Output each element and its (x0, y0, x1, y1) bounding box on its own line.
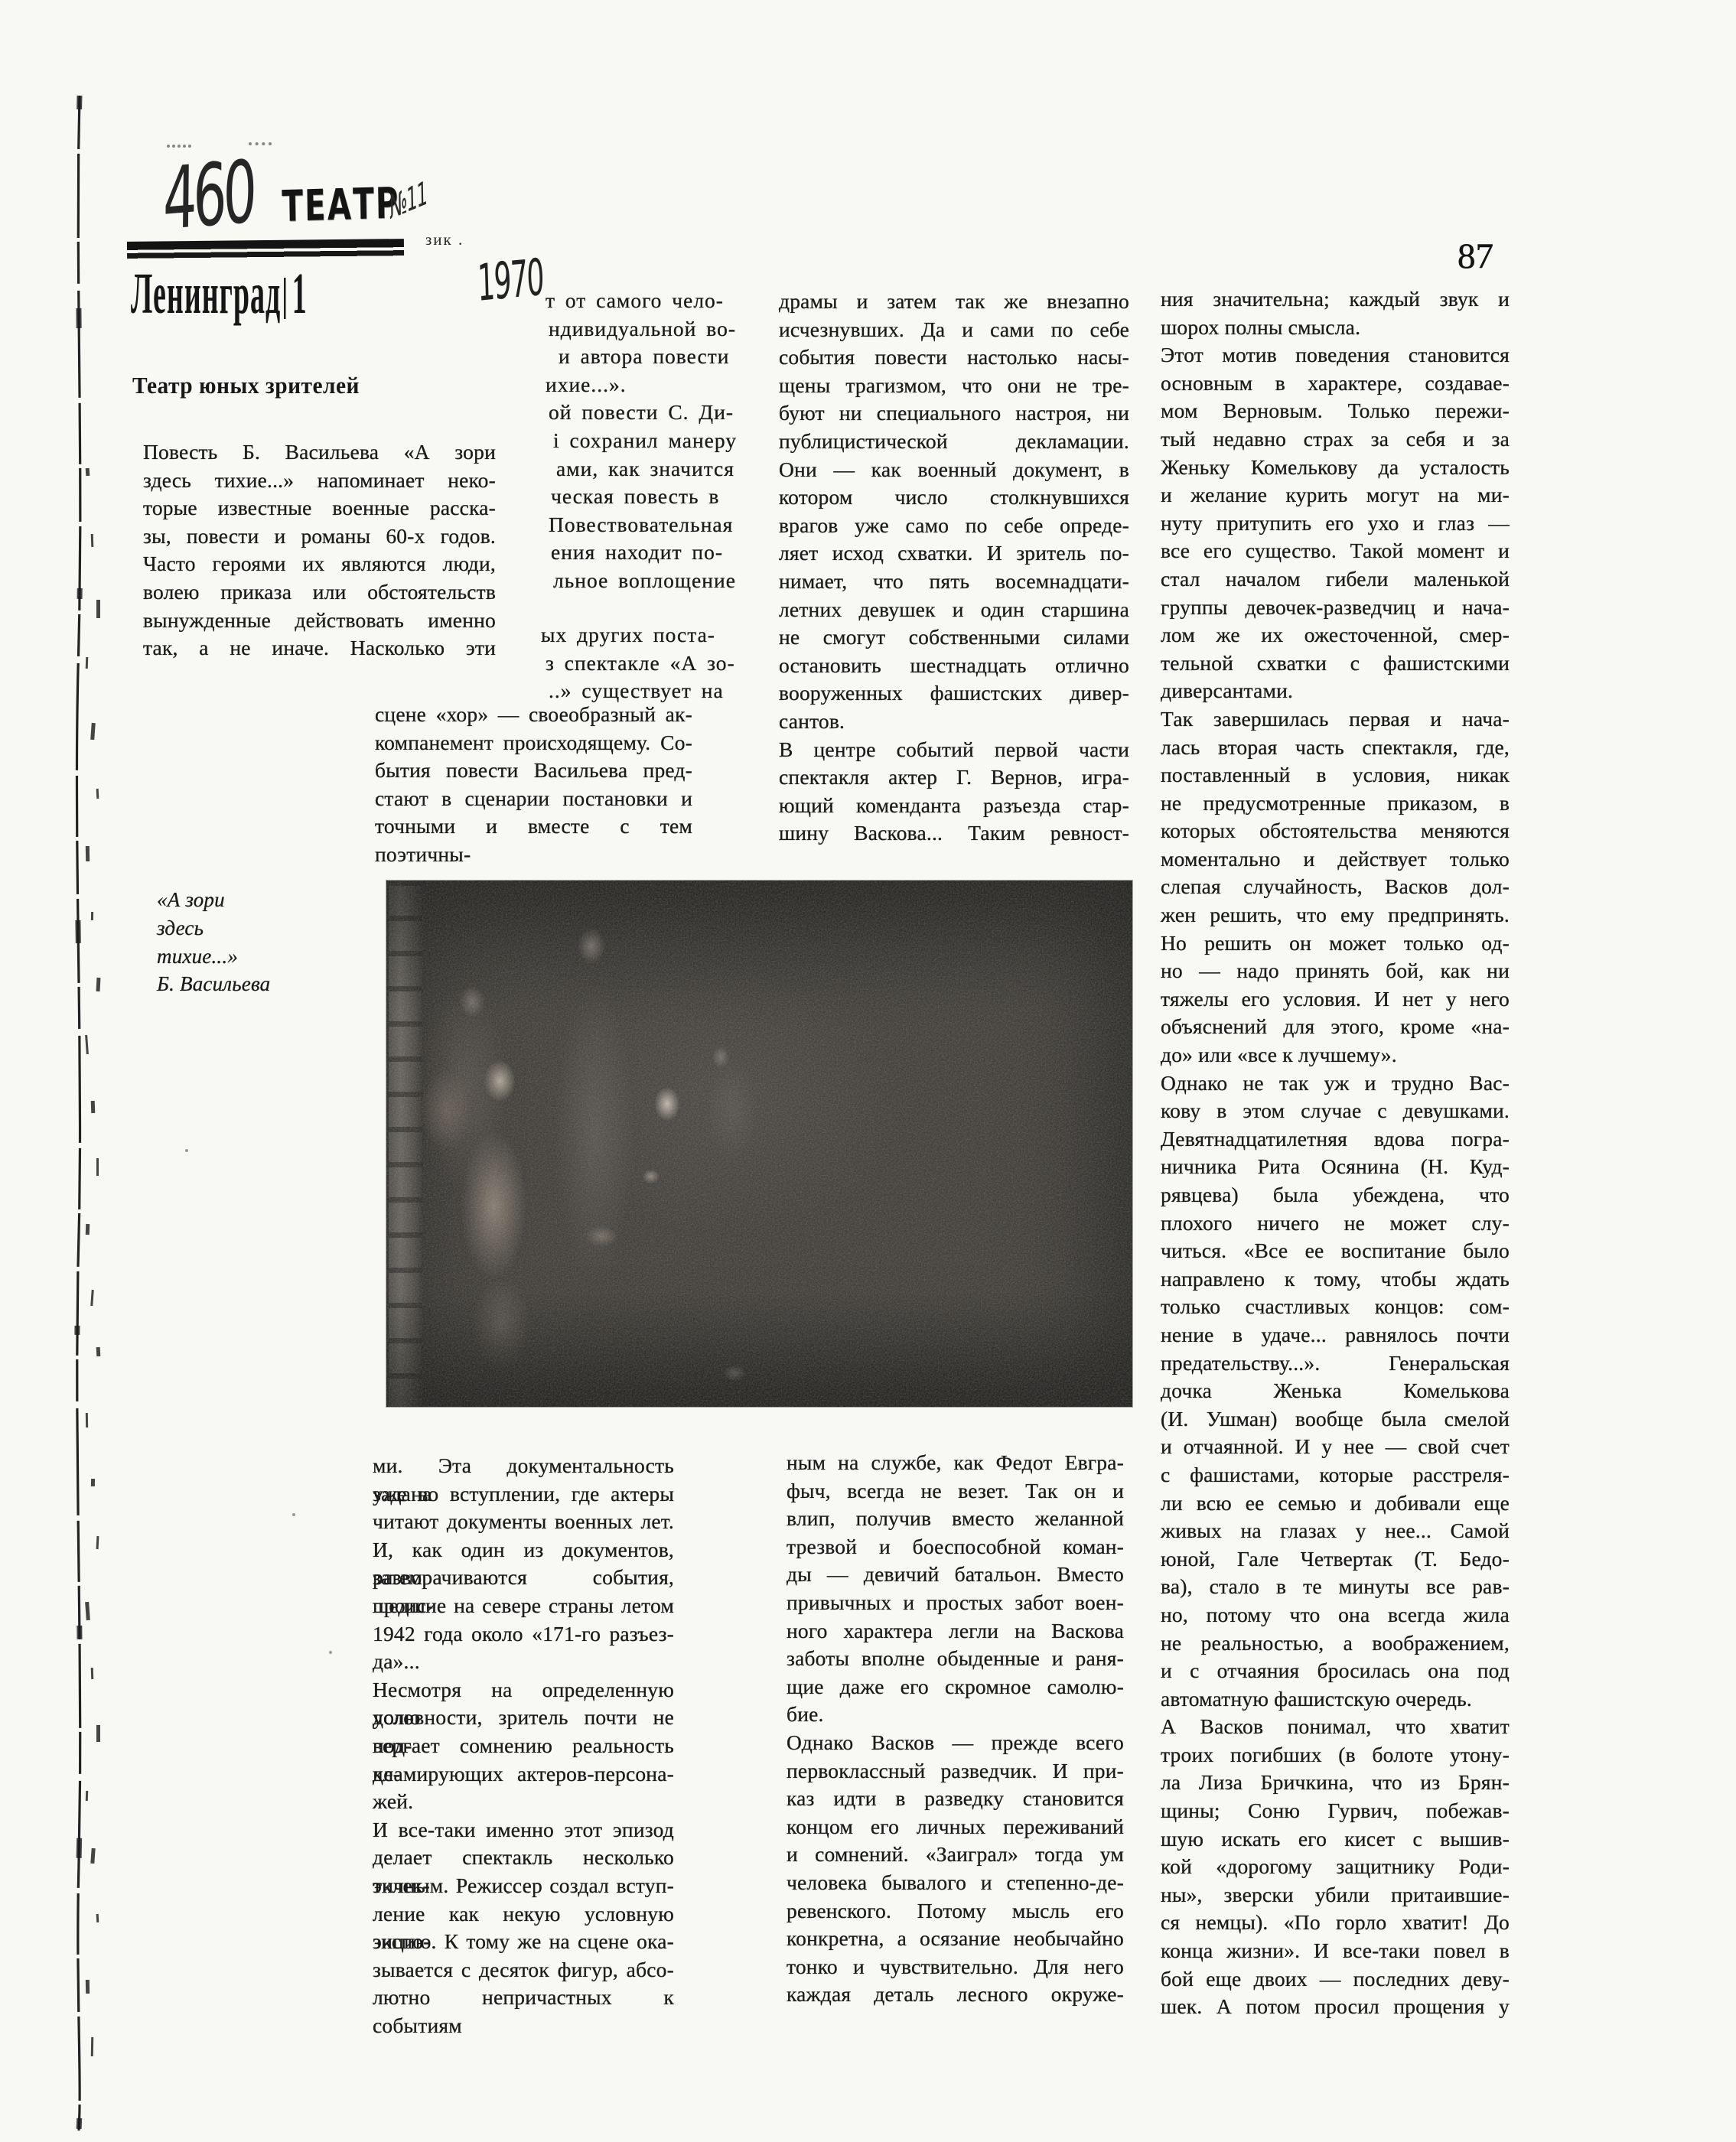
paper-speck (329, 1651, 332, 1654)
text-line: условности, зритель почти не под- (373, 1704, 674, 1732)
text-line: шину Васкова... Таким ревност- (779, 819, 1129, 848)
text-line: тичным. Режиссер создал вступ- (373, 1872, 674, 1900)
text-line: Так завершилась первая и нача- (1161, 705, 1510, 734)
text-line: щие даже его скромное самолю- (787, 1673, 1124, 1701)
text-line: до» или «все к лучшему». (1161, 1041, 1510, 1069)
text-line: стал началом гибели маленькой (1161, 565, 1510, 594)
text-line: нимает, что пять восемнадцати- (779, 568, 1129, 596)
text-line: щины; Соню Гурвич, побежав- (1161, 1797, 1510, 1825)
text-line: ся немцы). «По горло хватит! До (1161, 1909, 1510, 1937)
column-center-top: драмы и затем так же внезапноисчезнувших… (779, 288, 1129, 848)
text-line: живых на глазах у нее... Самой (1161, 1517, 1510, 1545)
text-line: ного характера легли на Васкова (787, 1617, 1124, 1646)
text-line: рявцева) была убеждена, что (1161, 1181, 1510, 1209)
text-line: предательству...». Генеральская (1161, 1349, 1510, 1378)
paper-edge-mark (91, 2037, 93, 2056)
text-line: Однако не так уж и трудно Вас- (1161, 1069, 1510, 1098)
text-line: врагов уже само по себе опреде- (779, 512, 1129, 540)
text-line: и желание курить могут на ми- (1161, 481, 1510, 509)
text-line: мом Верновым. Только пережи- (1161, 397, 1510, 425)
text-line: группы девочек-разведчиц и нача- (1161, 594, 1510, 622)
clipped-text-line: ихие...». (546, 371, 627, 399)
text-line: направлено к тому, чтобы ждать (1161, 1265, 1510, 1294)
text-line: остановить шестнадцать отлично (779, 652, 1129, 680)
paper-edge-mark (86, 846, 90, 861)
text-line: ным на службе, как Федот Евгра- (787, 1449, 1124, 1477)
text-line: делает спектакль несколько эклек- (373, 1844, 674, 1872)
text-line: кой «дорогому защитнику Роди- (1161, 1853, 1510, 1881)
torn-paper-edge (61, 73, 115, 2142)
text-line: лютно непричастных к событиям (373, 1984, 674, 2012)
text-line: и с отчаяния бросилась она под (1161, 1657, 1510, 1685)
text-line: котором число столкнувшихся (779, 483, 1129, 512)
text-line: уже во вступлении, где актеры (373, 1480, 674, 1509)
paper-edge-mark (86, 1413, 88, 1427)
column-right: ния значительна; каждый звук ишорох полн… (1161, 285, 1510, 2021)
text-line: сантов. (779, 708, 1129, 736)
text-line: читают документы военных лет. (373, 1508, 674, 1536)
performance-photo (386, 881, 1132, 1407)
clipped-text-line: Повествовательная (549, 511, 733, 539)
text-line: здесь (157, 914, 340, 942)
text-line: вынужденные действовать именно (143, 607, 496, 635)
city-heading-index: 1 (292, 262, 308, 326)
library-stamp: ТЕАТР (282, 179, 400, 232)
text-line: ны», зверски убили притаившие- (1161, 1881, 1510, 1909)
text-line: ляет исход схватки. И зритель по- (779, 539, 1129, 568)
clipped-text-line: ческая повесть в (551, 483, 719, 511)
text-line: конца жизни». И все-таки повел в (1161, 1937, 1510, 1965)
text-line: влип, получив вместо желанной (787, 1505, 1124, 1533)
text-line: ва), стало в те минуты все рав- (1161, 1573, 1510, 1601)
double-rule (127, 239, 404, 260)
paper-edge-mark (96, 1158, 99, 1176)
text-line: так, а не иначе. Насколько эти (143, 634, 496, 662)
text-line: но, потому что она всегда жила (1161, 1601, 1510, 1629)
paper-edge-mark (91, 912, 93, 920)
text-line: волею приказа или обстоятельств (143, 578, 496, 607)
text-line: тонко и чувствительно. Для него (787, 1953, 1124, 1981)
text-line: объяснений для этого, кроме «на- (1161, 1013, 1510, 1041)
text-line: шедшие на севере страны летом (373, 1592, 674, 1620)
text-line: В центре событий первой части (779, 736, 1129, 764)
clipped-text-line: ндивидуальной во- (549, 315, 736, 343)
text-line: 1942 года около «171-го разъез- (373, 1620, 674, 1649)
text-line: юной, Гале Четвертак (Т. Бедо- (1161, 1545, 1510, 1574)
divider-bar-icon (284, 278, 286, 319)
text-line: торые известные военные расска- (143, 494, 496, 522)
text-line: бие. (787, 1701, 1124, 1729)
text-line: жен решить, что ему предпринять. (1161, 901, 1510, 929)
text-line: да»... (373, 1648, 674, 1676)
text-line: кову в этом случае с девушками. (1161, 1097, 1510, 1125)
text-line: компанемент происходящему. Со- (375, 729, 692, 757)
text-line: Повесть Б. Васильева «А зори (143, 438, 496, 467)
text-line: Этот мотив поведения становится (1161, 341, 1510, 369)
text-line: вергает сомнению реальность де- (373, 1732, 674, 1760)
text-line: Несмотря на определенную долю (373, 1676, 674, 1704)
text-line: ревенского. Потому мысль его (787, 1897, 1124, 1926)
text-line: троих погибших (в болоте утону- (1161, 1741, 1510, 1769)
text-line: и отчаянной. И у нее — свой счет (1161, 1433, 1510, 1461)
paper-edge-mark (91, 1101, 96, 1113)
paper-edge-mark (91, 534, 94, 547)
column-left-bottom: ми. Эта документальность заданауже во вс… (373, 1452, 674, 2012)
text-line: точными и вместе с тем поэтичны- (375, 812, 692, 841)
text-line: Женьку Комелькову да усталость (1161, 454, 1510, 482)
text-line: читься. «Все ее воспитание было (1161, 1237, 1510, 1265)
text-line: плохого ничего не может слу- (1161, 1209, 1510, 1238)
paper-edge-mark (86, 1980, 90, 1994)
text-line: концом его личных переживаний (787, 1813, 1124, 1841)
text-line: не предусмотренные приказом, в (1161, 789, 1510, 818)
page-number: 87 (1458, 236, 1493, 277)
text-line: «А зори (157, 886, 340, 914)
paper-speck (835, 1325, 839, 1328)
text-line: бой еще двоих — последних деву- (1161, 1965, 1510, 1994)
clipped-text-line: ..» существует на (549, 677, 724, 705)
text-line: И, как один из документов, затем (373, 1536, 674, 1564)
paper-edge-mark (96, 600, 100, 618)
clipped-text-line: ения находит по- (551, 539, 723, 567)
paper-edge-mark (91, 1479, 95, 1486)
text-line: жей. (373, 1788, 674, 1816)
text-line: бытия повести Васильева пред- (375, 757, 692, 785)
text-line: Часто героями их являются люди, (143, 550, 496, 578)
text-line: поставленный в условия, никак (1161, 761, 1510, 789)
text-line: шек. А потом просил прощения у (1161, 1993, 1510, 2021)
text-line: все его существо. Такой момент и (1161, 537, 1510, 565)
clipped-text-line: і сохранил манеру (553, 427, 737, 455)
text-line: тяжелы его условия. И нет у него (1161, 985, 1510, 1014)
text-line: щены трагизмом, что они не тре- (779, 372, 1129, 400)
text-line: основным в характере, создавае- (1161, 369, 1510, 398)
text-line: каждая деталь лесного окруже- (787, 1981, 1124, 2009)
text-line: моментально и действует только (1161, 845, 1510, 874)
clipped-text-line: ых других поста- (541, 621, 715, 649)
paper-edge-mark (91, 1668, 94, 1679)
text-line: нуту притупить его ухо и глаз — (1161, 509, 1510, 538)
text-line: стают в сценарии постановки и (375, 785, 692, 813)
paper-edge-mark (96, 1725, 100, 1742)
text-line: тый недавно страх за себя и за (1161, 425, 1510, 454)
photo-caption: «А зориздесьтихие...»Б. Васильева (157, 886, 340, 998)
text-line: шую искать его кисет с вышив- (1161, 1825, 1510, 1854)
text-line: разворачиваются события, проис- (373, 1564, 674, 1592)
column-overlap-wide: сцене «хор» — своеобразный ак-компанемен… (375, 701, 692, 841)
text-line: Б. Васильева (157, 970, 340, 998)
edge-note: зик . (425, 230, 464, 249)
handwritten-number: 460 (163, 142, 254, 249)
text-line: лась вторая часть спектакля, где, (1161, 734, 1510, 762)
text-line: Девятнадцатилетняя вдова погра- (1161, 1125, 1510, 1154)
text-line: конкретна, а осязание необычайно (787, 1925, 1124, 1953)
city-heading: Ленинград1 (131, 261, 308, 327)
text-line: ничника Рита Осянина (Н. Куд- (1161, 1153, 1510, 1181)
text-line: И все-таки именно этот эпизод (373, 1816, 674, 1844)
clipped-text-line: т от самого чело- (546, 287, 724, 315)
text-line: (И. Ушман) вообще была смелой (1161, 1405, 1510, 1434)
text-line: летних девушек и один старшина (779, 596, 1129, 624)
clipped-text-line: и автора повести (559, 343, 729, 371)
text-line: заботы вполне обыденные и раня- (787, 1645, 1124, 1673)
text-line: нение в удаче... равнялось почти (1161, 1321, 1510, 1349)
paper-speck (506, 1891, 510, 1894)
scanned-magazine-page: 460 ТЕАТР №11 зик . 1970 87 Ленинград1 Т… (0, 0, 1736, 2142)
text-line: здесь тихие...» напоминает неко- (143, 467, 496, 495)
text-line: публицистической декламации. (779, 428, 1129, 456)
text-line: автоматную фашистскую очередь. (1161, 1685, 1510, 1714)
city-heading-text: Ленинград (131, 262, 281, 326)
text-line: ла Лиза Бричкина, что из Брян- (1161, 1769, 1510, 1797)
paper-edge-mark (86, 468, 90, 476)
text-line: Но решить он может только од- (1161, 929, 1510, 958)
text-line: диверсантами. (1161, 677, 1510, 705)
text-line: А Васков понимал, что хватит (1161, 1713, 1510, 1741)
text-line: только счастливых концов: сом- (1161, 1293, 1510, 1321)
paper-edge-mark (96, 1914, 99, 1922)
photo-grain (386, 881, 1132, 1407)
text-line: дочка Женька Комелькова (1161, 1377, 1510, 1405)
paper-speck (292, 1513, 295, 1516)
text-line: которых обстоятельства меняются (1161, 817, 1510, 845)
text-line: ми. Эта документальность задана (373, 1452, 674, 1480)
paper-edge-mark (96, 789, 99, 799)
text-line: ление как некую условную экспо- (373, 1900, 674, 1929)
clipped-text-line: льное воплощение (553, 567, 736, 595)
text-line: трезвой и боеспособной коман- (787, 1533, 1124, 1561)
text-line: фыч, всегда не везет. Так он и (787, 1477, 1124, 1506)
text-line: и сомнений. «Заиграл» тогда ум (787, 1841, 1124, 1869)
clipped-text-line: ой повести С. Ди- (549, 399, 734, 427)
paper-edge-mark (86, 657, 89, 669)
text-line: буют ни специального настроя, ни (779, 399, 1129, 428)
text-line: с фашистами, которые расстреля- (1161, 1461, 1510, 1489)
text-line: не реальностью, а воображением, (1161, 1629, 1510, 1658)
paper-edge-mark (86, 1791, 88, 1801)
paper-edge-mark (96, 1347, 101, 1356)
paper-edge-mark (96, 978, 101, 991)
text-line: зицию. К тому же на сцене ока- (373, 1928, 674, 1956)
clipped-text-line: з спектакле «А зо- (546, 649, 735, 678)
text-line: человека бывалого и степенно-де- (787, 1869, 1124, 1897)
text-line: ния значительна; каждый звук и (1161, 285, 1510, 314)
text-line: лом же их ожесточенной, смер- (1161, 621, 1510, 649)
text-line: зывается с десяток фигур, абсо- (373, 1956, 674, 1984)
text-line: спектакля актер Г. Вернов, игра- (779, 763, 1129, 792)
text-line: ющий коменданта разъезда стар- (779, 792, 1129, 820)
text-line: слепая случайность, Васков дол- (1161, 873, 1510, 901)
text-line: каз идти в разведку становится (787, 1785, 1124, 1813)
text-line: кламирующих актеров-персона- (373, 1760, 674, 1789)
text-line: Они — как военный документ, в (779, 456, 1129, 484)
text-line: события повести настолько насы- (779, 343, 1129, 372)
column-left-top: Повесть Б. Васильева «А зориздесь тихие.… (143, 438, 496, 662)
text-line: драмы и затем так же внезапно (779, 288, 1129, 316)
column-center-bottom: ным на службе, как Федот Евгра-фыч, всег… (787, 1449, 1124, 2009)
text-line: шорох полны смысла. (1161, 314, 1510, 342)
text-line: привычных и простых забот воен- (787, 1589, 1124, 1617)
text-line: тихие...» (157, 942, 340, 971)
handwritten-year: 1970 (477, 248, 544, 313)
text-line: исчезнувших. Да и сами по себе (779, 316, 1129, 344)
text-line: но — надо принять бой, как ни (1161, 957, 1510, 985)
text-line: первоклассный разведчик. И при- (787, 1757, 1124, 1786)
clipped-text-line: ами, как значится (556, 455, 734, 483)
text-line: ли всю ее семью и добивали еще (1161, 1489, 1510, 1518)
text-line: тельной схватки с фашистскими (1161, 649, 1510, 678)
text-line: вооруженных фашистских дивер- (779, 679, 1129, 708)
paper-speck (185, 1149, 188, 1152)
venue-heading: Театр юных зрителей (132, 372, 360, 399)
text-line: не смогут собственными силами (779, 623, 1129, 652)
text-line: зы, повести и романы 60-х годов. (143, 522, 496, 551)
text-line: Однако Васков — прежде всего (787, 1729, 1124, 1757)
text-line: ды — девичий батальон. Вместо (787, 1561, 1124, 1589)
paper-edge-mark (86, 1224, 90, 1235)
